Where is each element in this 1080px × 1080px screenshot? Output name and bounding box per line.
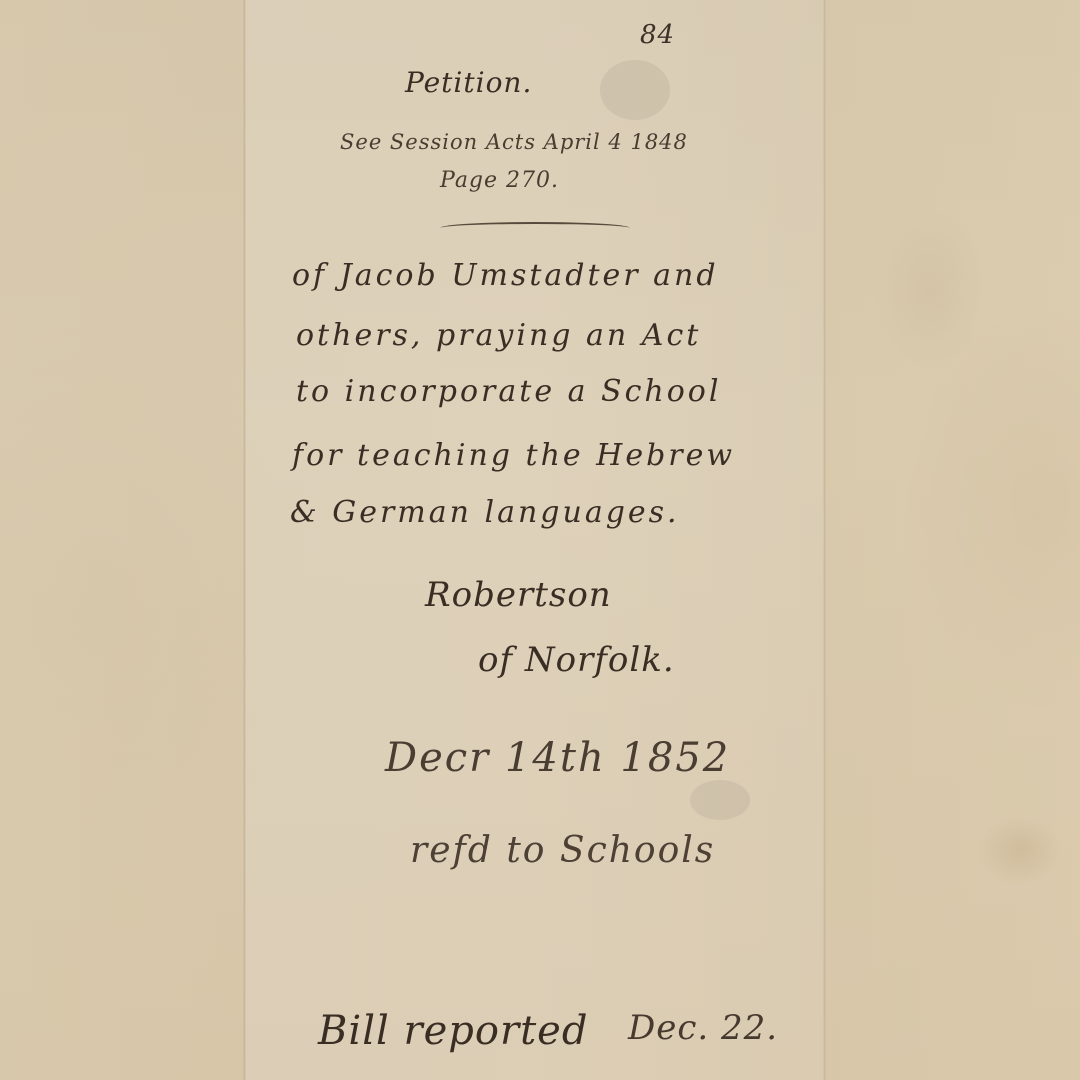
session-acts-reference: See Session Acts April 4 1848 xyxy=(340,130,688,154)
manuscript-page: 84 Petition. See Session Acts April 4 18… xyxy=(0,0,1080,1080)
right-fold-panel xyxy=(825,0,1080,1080)
center-fold-panel xyxy=(245,0,825,1080)
document-title: Petition. xyxy=(405,66,532,99)
presenter-name: Robertson xyxy=(425,575,612,615)
body-line: to incorporate a School xyxy=(296,374,721,409)
fold-crease-right xyxy=(823,0,826,1080)
petition-date: Decr 14th 1852 xyxy=(385,735,730,781)
bill-reported-note: Bill reported xyxy=(318,1008,588,1054)
presenter-locality: of Norfolk. xyxy=(478,640,675,680)
page-reference: Page 270. xyxy=(440,168,559,193)
referral-note: refd to Schools xyxy=(410,830,715,871)
ink-smudge xyxy=(600,60,670,120)
body-line: of Jacob Umstadter and xyxy=(292,258,719,293)
body-line: for teaching the Hebrew xyxy=(292,438,735,473)
fold-crease-left xyxy=(243,0,246,1080)
body-line: others, praying an Act xyxy=(296,318,701,353)
bill-reported-date: Dec. 22. xyxy=(628,1008,778,1048)
title-underline xyxy=(440,222,630,234)
body-line: & German languages. xyxy=(290,495,680,530)
ink-smudge xyxy=(690,780,750,820)
left-fold-panel xyxy=(0,0,245,1080)
folio-number: 84 xyxy=(640,20,675,50)
